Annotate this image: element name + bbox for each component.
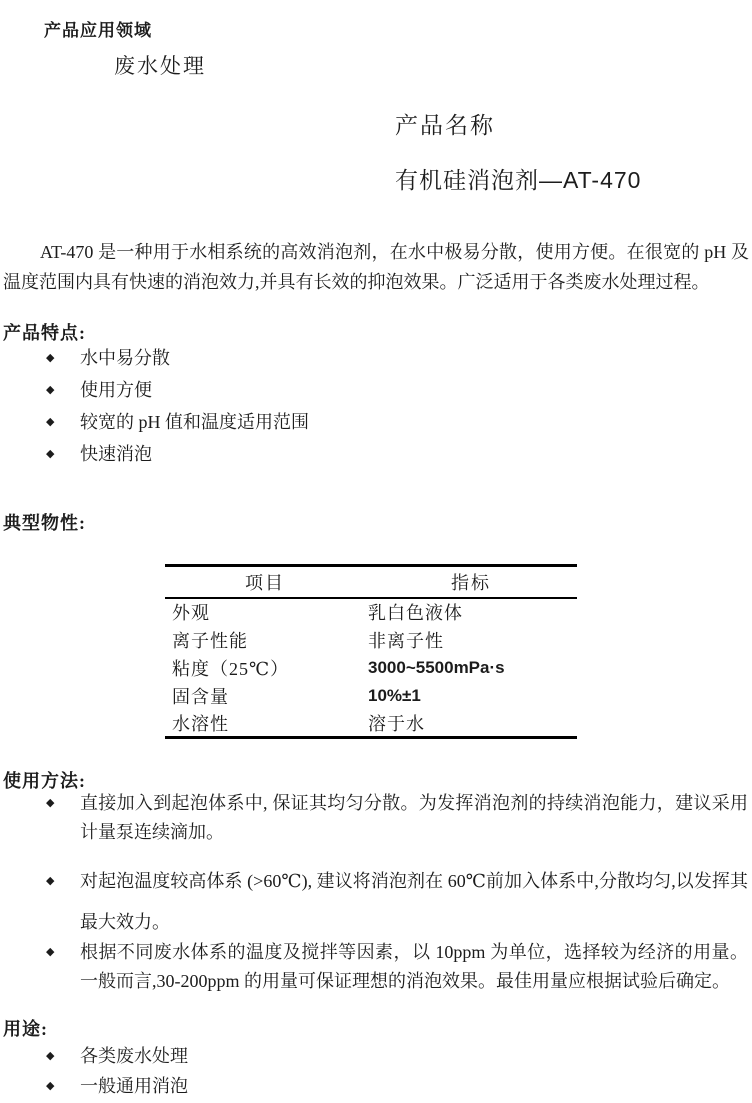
diamond-bullet-icon: ◆: [46, 938, 54, 967]
list-item: ◆ 根据不同废水体系的温度及搅拌等因素，以 10ppm 为单位，选择较为经济的用…: [0, 938, 748, 996]
table-row: 离子性能 非离子性: [165, 626, 577, 654]
usage-list: ◆ 直接加入到起泡体系中, 保证其均匀分散。为发挥消泡剂的持续消泡能力，建议采用…: [0, 789, 748, 996]
property-value: 溶于水: [365, 710, 577, 738]
table-row: 固含量 10%±1: [165, 682, 577, 710]
product-name-label: 产品名称: [395, 107, 495, 140]
property-value: 10%±1: [365, 682, 577, 710]
list-item: ◆ 直接加入到起泡体系中, 保证其均匀分散。为发挥消泡剂的持续消泡能力，建议采用…: [0, 789, 748, 847]
diamond-bullet-icon: ◆: [46, 861, 54, 902]
application-field-heading: 产品应用领域: [44, 16, 152, 41]
property-value: 非离子性: [365, 626, 577, 654]
diamond-bullet-icon: ◆: [46, 342, 54, 374]
feature-text: 使用方便: [80, 380, 152, 400]
table-row: 粘度（25℃） 3000~5500mPa·s: [165, 654, 577, 682]
table-header-row: 项目 指标: [165, 566, 577, 598]
diamond-bullet-icon: ◆: [46, 374, 54, 406]
features-list: ◆ 水中易分散 ◆ 使用方便 ◆ 较宽的 pH 值和温度适用范围 ◆ 快速消泡: [0, 342, 750, 470]
property-name: 水溶性: [165, 710, 365, 738]
property-name: 固含量: [165, 682, 365, 710]
usage-text: 直接加入到起泡体系中, 保证其均匀分散。为发挥消泡剂的持续消泡能力，建议采用计量…: [80, 793, 748, 842]
product-datasheet-page: 产品应用领域 废水处理 产品名称 有机硅消泡剂—AT-470 AT-470 是一…: [0, 0, 752, 1103]
diamond-bullet-icon: ◆: [46, 789, 54, 818]
list-item: ◆ 一般通用消泡: [0, 1071, 750, 1101]
property-value: 乳白色液体: [365, 598, 577, 626]
application-text: 一般通用消泡: [80, 1076, 188, 1096]
list-item: ◆ 各类废水处理: [0, 1041, 750, 1071]
property-name: 粘度（25℃）: [165, 654, 365, 682]
applications-list: ◆ 各类废水处理 ◆ 一般通用消泡: [0, 1041, 750, 1101]
column-header-item: 项目: [165, 566, 365, 598]
usage-text: 根据不同废水体系的温度及搅拌等因素，以 10ppm 为单位，选择较为经济的用量。…: [80, 942, 748, 991]
product-name: 有机硅消泡剂—AT-470: [395, 162, 641, 195]
typical-properties-table: 项目 指标 外观 乳白色液体 离子性能 非离子性 粘度（25℃） 3000~55…: [165, 564, 577, 739]
applications-heading: 用途:: [3, 1015, 48, 1041]
property-name: 离子性能: [165, 626, 365, 654]
diamond-bullet-icon: ◆: [46, 1041, 54, 1071]
property-value: 3000~5500mPa·s: [365, 654, 577, 682]
application-text: 各类废水处理: [80, 1046, 188, 1066]
diamond-bullet-icon: ◆: [46, 1071, 54, 1101]
intro-paragraph: AT-470 是一种用于水相系统的高效消泡剂，在水中极易分散，使用方便。在很宽的…: [3, 237, 749, 297]
property-name: 外观: [165, 598, 365, 626]
column-header-spec: 指标: [365, 566, 577, 598]
list-item: ◆ 水中易分散: [0, 342, 750, 374]
diamond-bullet-icon: ◆: [46, 406, 54, 438]
application-field-value: 废水处理: [114, 50, 206, 80]
list-item: ◆ 使用方便: [0, 374, 750, 406]
table-row: 水溶性 溶于水: [165, 710, 577, 738]
typical-properties-heading: 典型物性:: [3, 509, 86, 535]
table-row: 外观 乳白色液体: [165, 598, 577, 626]
feature-text: 快速消泡: [80, 444, 152, 464]
list-item: ◆ 较宽的 pH 值和温度适用范围: [0, 406, 750, 438]
usage-text: 对起泡温度较高体系 (>60℃), 建议将消泡剂在 60℃前加入体系中,分散均匀…: [80, 871, 748, 932]
list-item: ◆ 对起泡温度较高体系 (>60℃), 建议将消泡剂在 60℃前加入体系中,分散…: [0, 861, 748, 943]
list-item: ◆ 快速消泡: [0, 438, 750, 470]
feature-text: 水中易分散: [80, 348, 170, 368]
feature-text: 较宽的 pH 值和温度适用范围: [80, 412, 309, 432]
diamond-bullet-icon: ◆: [46, 438, 54, 470]
